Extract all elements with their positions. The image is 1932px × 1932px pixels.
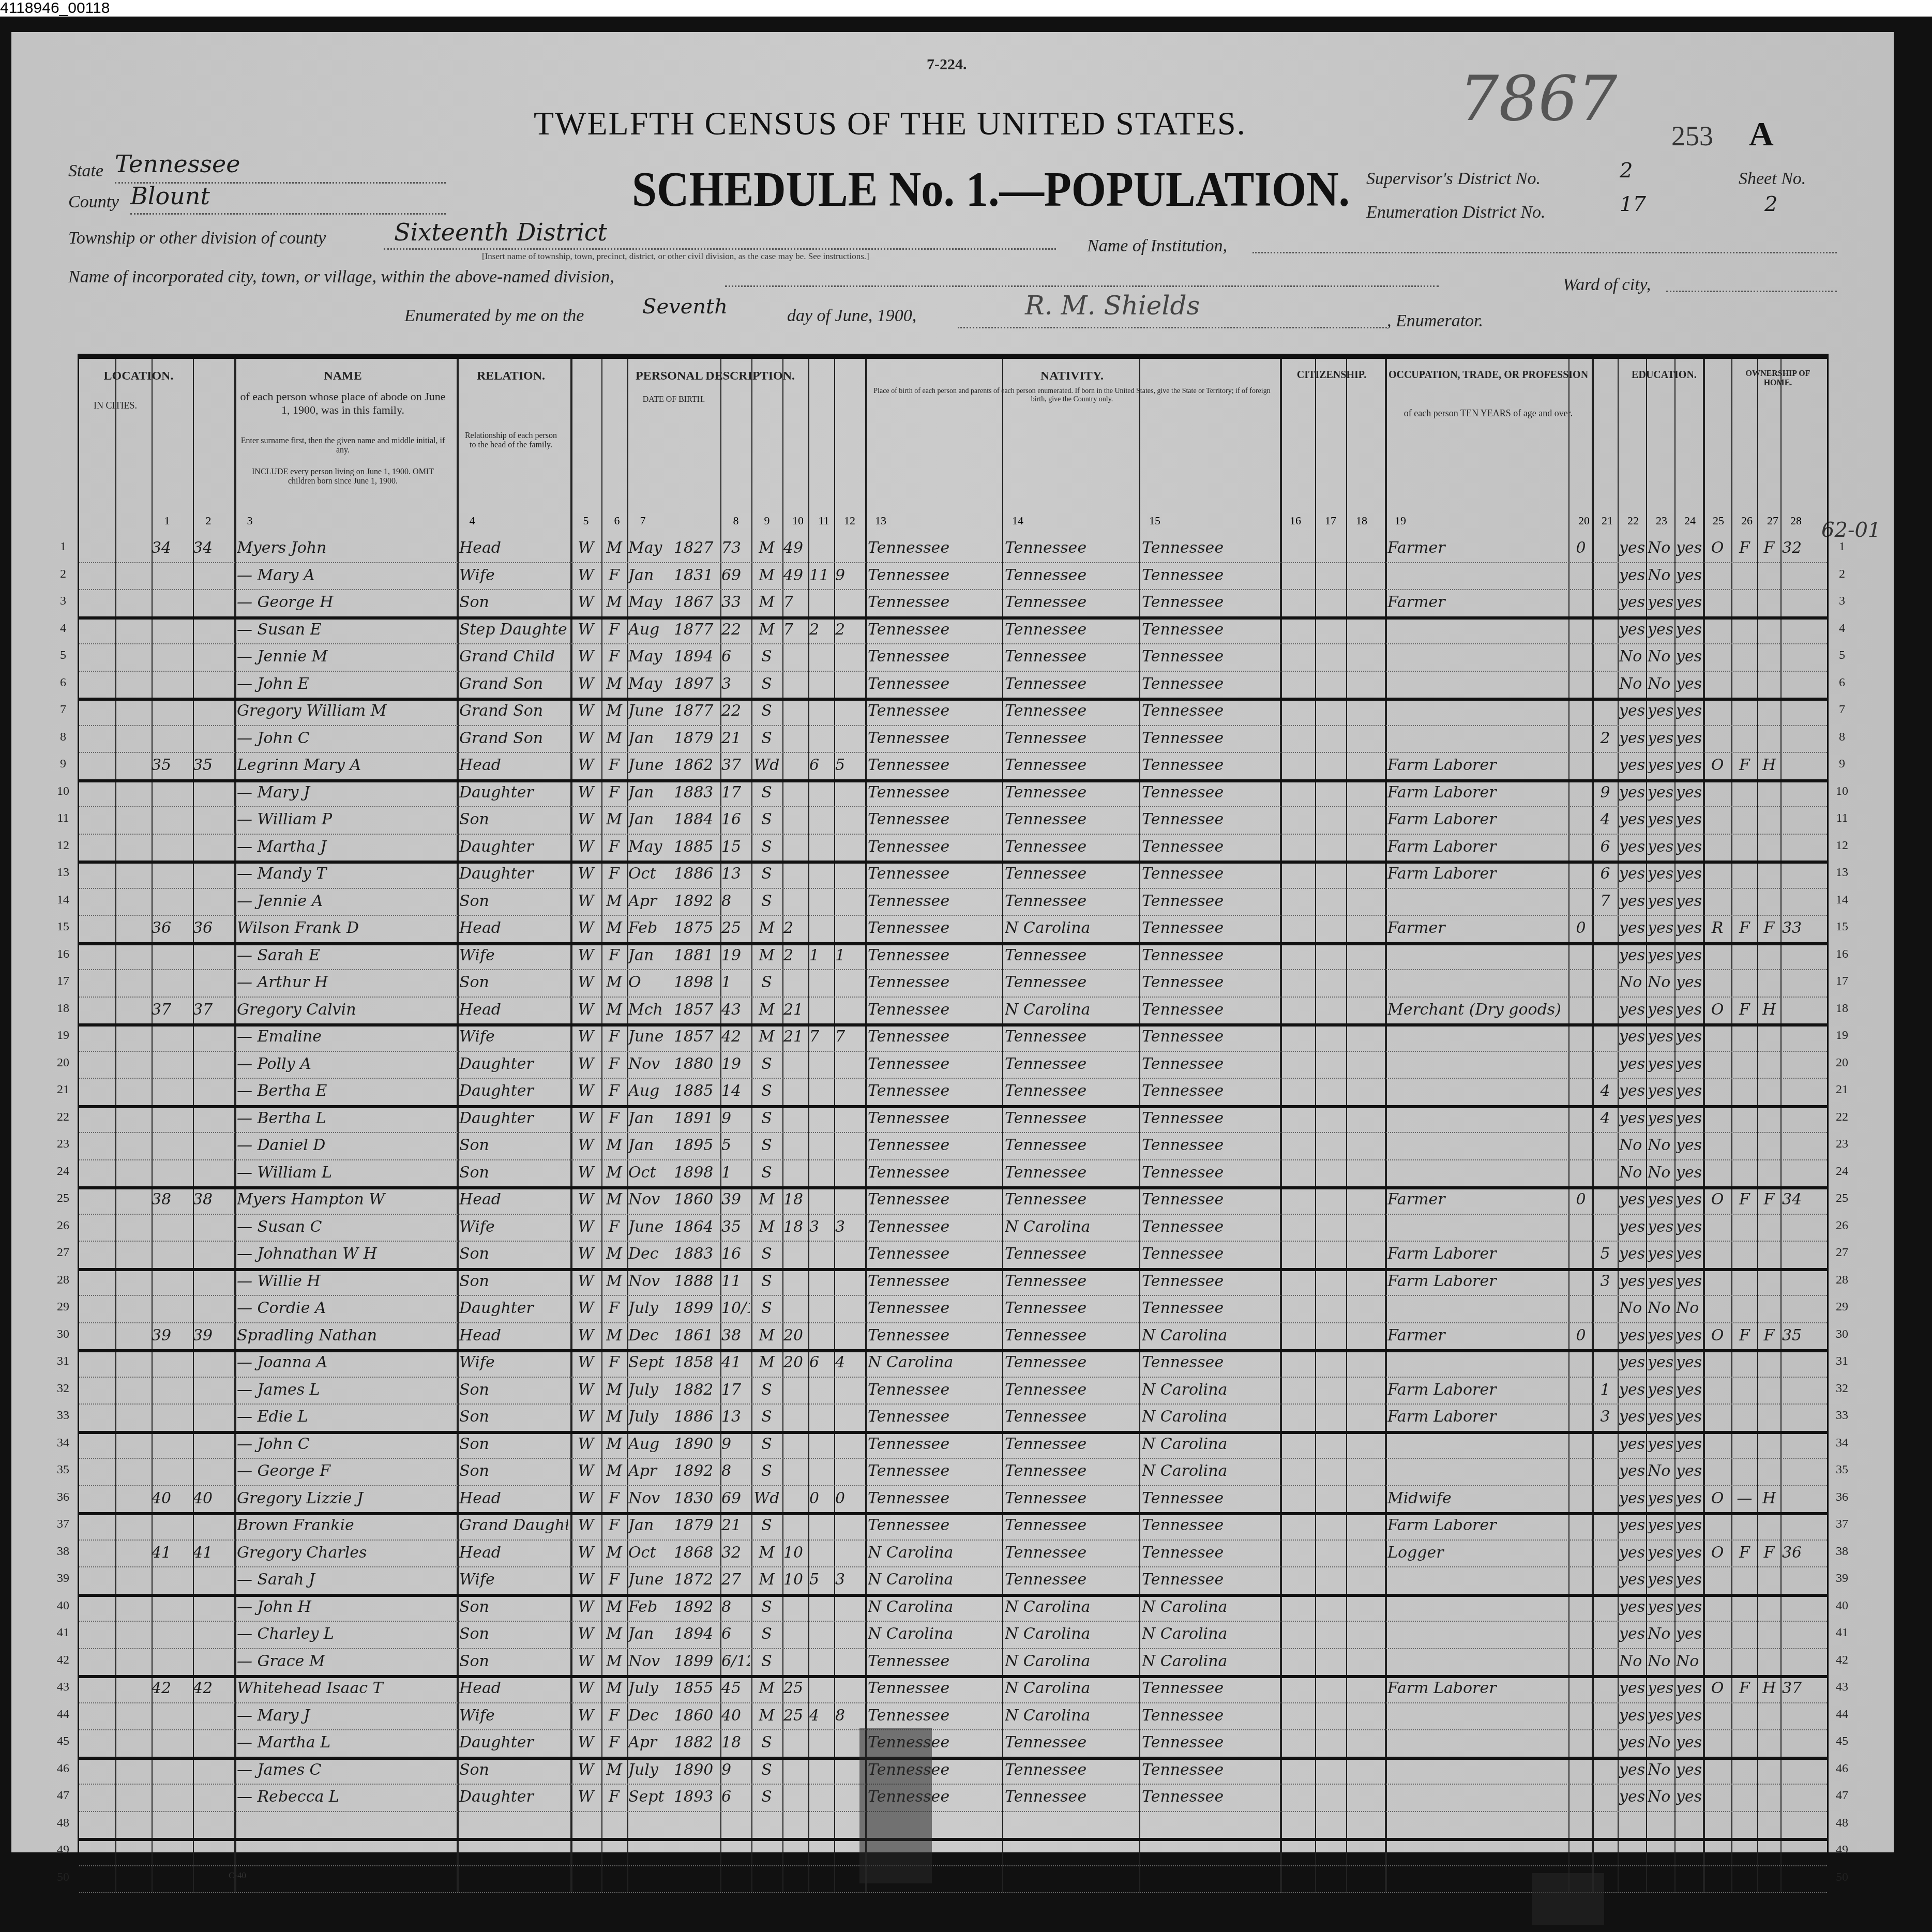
- cell-english: yes: [1676, 1245, 1703, 1263]
- cell-mother-birth: Tennessee: [1142, 702, 1276, 720]
- cell-birth: Tennessee: [868, 566, 1000, 584]
- cell-mother-birth: Tennessee: [1142, 946, 1276, 964]
- table-row: — George HSonWMMay186733M7TennesseeTenne…: [79, 589, 1827, 616]
- cell-relation: Wife: [459, 946, 568, 964]
- cell-english: yes: [1676, 593, 1703, 611]
- cell-mother-birth: Tennessee: [1142, 1299, 1276, 1317]
- cell-name: — John E: [237, 675, 454, 693]
- table-row: — Mandy TDaughterWFOct188613STennesseeTe…: [79, 861, 1827, 888]
- cell-relation: Wife: [459, 1218, 568, 1236]
- cell-marital: M: [752, 946, 781, 964]
- row-number: 3: [53, 594, 73, 608]
- cell-mother-birth: Tennessee: [1142, 756, 1276, 774]
- cell-english: yes: [1676, 1679, 1703, 1697]
- cell-mother-birth: Tennessee: [1142, 647, 1276, 666]
- cell-name: — Daniel D: [237, 1136, 454, 1154]
- cell-mother-birth: Tennessee: [1142, 621, 1276, 639]
- cell-age: 3: [721, 675, 750, 693]
- cell-english: yes: [1676, 729, 1703, 747]
- cell-age: 15: [721, 838, 750, 856]
- cell-color: W: [573, 1109, 599, 1127]
- cell-month: Mch: [628, 1001, 672, 1019]
- cell-month: June: [628, 1028, 672, 1046]
- township-instruction: [Insert name of township, town, precinct…: [482, 251, 869, 262]
- cell-read: yes: [1619, 783, 1646, 802]
- cell-mother-birth: Tennessee: [1142, 1164, 1276, 1182]
- cell-marital: M: [752, 539, 781, 557]
- cell-farm: H: [1759, 1489, 1779, 1507]
- cell-birth: Tennessee: [868, 1408, 1000, 1426]
- cell-yrs-married: 2: [783, 946, 807, 964]
- cell-sex: F: [602, 1489, 626, 1507]
- cell-color: W: [573, 1190, 599, 1209]
- row-number: 21: [1832, 1083, 1852, 1097]
- row-number: 8: [53, 730, 73, 744]
- cell-english: yes: [1676, 1055, 1703, 1073]
- cell-write: No: [1648, 1299, 1674, 1317]
- cell-free: F: [1733, 756, 1756, 774]
- cell-english: yes: [1676, 1462, 1703, 1480]
- cell-owned: O: [1704, 1001, 1730, 1019]
- column-number: 15: [1139, 514, 1170, 527]
- cell-relation: Son: [459, 1435, 568, 1453]
- cell-sex: M: [602, 919, 626, 937]
- cell-occupation: Farm Laborer: [1387, 1381, 1566, 1399]
- cell-age: 16: [721, 810, 750, 828]
- cell-living: 7: [835, 1028, 864, 1046]
- cell-sex: F: [602, 838, 626, 856]
- cell-month: Feb: [628, 919, 672, 937]
- cell-name: — James C: [237, 1761, 454, 1779]
- cell-sex: M: [602, 1245, 626, 1263]
- cell-read: yes: [1619, 1245, 1646, 1263]
- cell-english: yes: [1676, 1028, 1703, 1046]
- cell-birth: Tennessee: [868, 783, 1000, 802]
- cell-occupation: Farm Laborer: [1387, 756, 1566, 774]
- cell-sex: F: [602, 946, 626, 964]
- cell-mother-birth: Tennessee: [1142, 566, 1276, 584]
- institution-underline: [1252, 252, 1837, 253]
- cell-color: W: [573, 1353, 599, 1371]
- cell-write: yes: [1648, 1598, 1674, 1616]
- cell-name: — Mary J: [237, 1707, 454, 1725]
- cell-age: 40: [721, 1707, 750, 1725]
- cell-age: 19: [721, 1055, 750, 1073]
- table-row: Gregory William MGrand SonWMJune187722ST…: [79, 698, 1827, 725]
- row-number: 33: [53, 1409, 73, 1423]
- cell-write: yes: [1648, 1544, 1674, 1562]
- cell-name: — Sarah E: [237, 946, 454, 964]
- cell-father-birth: Tennessee: [1005, 1326, 1137, 1345]
- cell-english: yes: [1676, 1707, 1703, 1725]
- cell-children: 6: [809, 756, 833, 774]
- row-number: 4: [53, 622, 73, 636]
- cell-year: 1830: [674, 1489, 718, 1507]
- cell-father-birth: Tennessee: [1005, 729, 1137, 747]
- cell-birth: Tennessee: [868, 892, 1000, 910]
- cell-write: yes: [1648, 1571, 1674, 1589]
- row-number: 44: [53, 1708, 73, 1722]
- column-number: 23: [1646, 514, 1677, 527]
- cell-sex: M: [602, 1164, 626, 1182]
- cell-yrs-married: 49: [783, 566, 807, 584]
- row-number: 46: [53, 1762, 73, 1776]
- cell-name: Spradling Nathan: [237, 1326, 454, 1345]
- cell-name: — William P: [237, 810, 454, 828]
- cell-birth: Tennessee: [868, 1489, 1000, 1507]
- column-number: 28: [1780, 514, 1812, 527]
- row-number: 16: [1832, 947, 1852, 961]
- cell-english: yes: [1676, 1408, 1703, 1426]
- table-row: — William LSonWMOct18981STennesseeTennes…: [79, 1159, 1827, 1187]
- township-label: Township or other division of county: [68, 229, 326, 248]
- cell-english: yes: [1676, 539, 1703, 557]
- enumerator-underline: [958, 327, 1387, 328]
- cell-family: 35: [193, 756, 234, 774]
- cell-marital: S: [752, 1109, 781, 1127]
- row-number: 31: [1832, 1354, 1852, 1368]
- cell-school: 2: [1594, 729, 1616, 747]
- cell-mother-birth: N Carolina: [1142, 1598, 1276, 1616]
- cell-read: yes: [1619, 810, 1646, 828]
- cell-age: 21: [721, 1516, 750, 1534]
- cell-owned: O: [1704, 1326, 1730, 1345]
- row-number: 43: [1832, 1680, 1852, 1694]
- cell-color: W: [573, 1245, 599, 1263]
- cell-english: yes: [1676, 892, 1703, 910]
- cell-father-birth: Tennessee: [1005, 865, 1137, 883]
- cell-mother-birth: Tennessee: [1142, 593, 1276, 611]
- table-row: 4040Gregory Lizzie JHeadWFNov183069Wd00T…: [79, 1485, 1827, 1513]
- cell-birth: Tennessee: [868, 1272, 1000, 1290]
- cell-age: 45: [721, 1679, 750, 1697]
- cell-write: yes: [1648, 1082, 1674, 1100]
- location-header: LOCATION.: [89, 369, 188, 383]
- cell-birth: Tennessee: [868, 756, 1000, 774]
- cell-read: yes: [1619, 1516, 1646, 1534]
- cell-write: yes: [1648, 1245, 1674, 1263]
- cell-father-birth: Tennessee: [1005, 1190, 1137, 1209]
- cell-living: 4: [835, 1353, 864, 1371]
- cell-yrs-married: 7: [783, 621, 807, 639]
- cell-name: — Martha L: [237, 1733, 454, 1752]
- cell-father-birth: Tennessee: [1005, 810, 1137, 828]
- cell-english: yes: [1676, 919, 1703, 937]
- cell-months-unemployed: 0: [1571, 1326, 1591, 1345]
- cell-marital: M: [752, 1544, 781, 1562]
- cell-marital: M: [752, 1190, 781, 1209]
- cell-free: F: [1733, 1679, 1756, 1697]
- cell-write: yes: [1648, 593, 1674, 611]
- cell-birth: Tennessee: [868, 1381, 1000, 1399]
- cell-mother-birth: Tennessee: [1142, 783, 1276, 802]
- table-row: [79, 1838, 1827, 1865]
- cell-relation: Daughter: [459, 865, 568, 883]
- cell-birth: Tennessee: [868, 1245, 1000, 1263]
- cell-schedule: 32: [1782, 539, 1804, 557]
- cell-read: yes: [1619, 1707, 1646, 1725]
- cell-father-birth: Tennessee: [1005, 838, 1137, 856]
- cell-age: 9: [721, 1761, 750, 1779]
- cell-age: 32: [721, 1544, 750, 1562]
- cell-father-birth: Tennessee: [1005, 566, 1137, 584]
- table-row: — Edie LSonWMJuly188613STennesseeTenness…: [79, 1403, 1827, 1431]
- cell-dwelling: 42: [152, 1679, 193, 1697]
- cell-year: 1899: [674, 1652, 718, 1670]
- cell-english: yes: [1676, 1598, 1703, 1616]
- cell-school: 7: [1594, 892, 1616, 910]
- cell-month: Jan: [628, 1109, 672, 1127]
- cell-family: 37: [193, 1001, 234, 1019]
- page-number: 253: [1671, 120, 1713, 152]
- cell-write: No: [1648, 1625, 1674, 1643]
- cell-relation: Daughter: [459, 838, 568, 856]
- cell-relation: Daughter: [459, 1109, 568, 1127]
- cell-schedule: 34: [1782, 1190, 1804, 1209]
- row-number: 1: [1832, 540, 1852, 554]
- table-row: — John EGrand SonWMMay18973STennesseeTen…: [79, 671, 1827, 698]
- table-row: — John CSonWMAug18909STennesseeTennessee…: [79, 1431, 1827, 1458]
- table-row: — Daniel DSonWMJan18955STennesseeTenness…: [79, 1132, 1827, 1159]
- table-row: 3737Gregory CalvinHeadWMMch185743M21Tenn…: [79, 997, 1827, 1024]
- cell-english: yes: [1676, 1353, 1703, 1371]
- table-row: — Bertha LDaughterWFJan18919STennesseeTe…: [79, 1105, 1827, 1133]
- cell-owned: R: [1704, 919, 1730, 937]
- cell-english: yes: [1676, 647, 1703, 666]
- cell-relation: Head: [459, 539, 568, 557]
- cell-father-birth: Tennessee: [1005, 1136, 1137, 1154]
- cell-name: — Susan C: [237, 1218, 454, 1236]
- cell-english: yes: [1676, 1489, 1703, 1507]
- cell-write: yes: [1648, 838, 1674, 856]
- census-sheet: 7-224. TWELFTH CENSUS OF THE UNITED STAT…: [11, 32, 1894, 1852]
- cell-occupation: Midwife: [1387, 1489, 1566, 1507]
- cell-age: 6: [721, 1625, 750, 1643]
- row-number: 3: [1832, 594, 1852, 608]
- supervisor-district-value: 2: [1620, 159, 1633, 183]
- cell-english: yes: [1676, 810, 1703, 828]
- cell-write: yes: [1648, 1055, 1674, 1073]
- cell-year: 1864: [674, 1218, 718, 1236]
- table-row: — Sarah JWifeWFJune187227M1053N Carolina…: [79, 1566, 1827, 1594]
- row-number: 23: [1832, 1137, 1852, 1151]
- table-row: 3636Wilson Frank DHeadWMFeb187525M2Tenne…: [79, 915, 1827, 942]
- table-row: 3838Myers Hampton WHeadWMNov186039M18Ten…: [79, 1186, 1827, 1214]
- cell-month: Dec: [628, 1707, 672, 1725]
- cell-year: 1855: [674, 1679, 718, 1697]
- cell-birth: Tennessee: [868, 1001, 1000, 1019]
- column-number: 24: [1674, 514, 1705, 527]
- cell-color: W: [573, 1489, 599, 1507]
- table-row: — Johnathan W HSonWMDec188316STennesseeT…: [79, 1241, 1827, 1268]
- cell-marital: S: [752, 1381, 781, 1399]
- cell-month: Feb: [628, 1598, 672, 1616]
- cell-age: 27: [721, 1571, 750, 1589]
- cell-marital: M: [752, 1218, 781, 1236]
- cell-children: 2: [809, 621, 833, 639]
- cell-read: yes: [1619, 1109, 1646, 1127]
- ward-underline: [1666, 291, 1837, 292]
- cell-birth: Tennessee: [868, 865, 1000, 883]
- cell-father-birth: N Carolina: [1005, 1001, 1137, 1019]
- row-number: 18: [53, 1002, 73, 1016]
- cell-birth: Tennessee: [868, 1109, 1000, 1127]
- cell-marital: S: [752, 675, 781, 693]
- cell-read: yes: [1619, 1408, 1646, 1426]
- cell-mother-birth: Tennessee: [1142, 1001, 1276, 1019]
- cell-month: Dec: [628, 1326, 672, 1345]
- cell-color: W: [573, 810, 599, 828]
- cell-color: W: [573, 1218, 599, 1236]
- cell-months-unemployed: 0: [1571, 539, 1591, 557]
- row-number: 38: [1832, 1545, 1852, 1559]
- cell-month: May: [628, 675, 672, 693]
- cell-month: Sept: [628, 1353, 672, 1371]
- cell-read: yes: [1619, 1462, 1646, 1480]
- row-number: 13: [53, 866, 73, 880]
- cell-dwelling: 36: [152, 919, 193, 937]
- row-number: 47: [53, 1789, 73, 1803]
- cell-write: yes: [1648, 1326, 1674, 1345]
- cell-read: yes: [1619, 1489, 1646, 1507]
- cell-mother-birth: Tennessee: [1142, 1082, 1276, 1100]
- cell-year: 1895: [674, 1136, 718, 1154]
- cell-color: W: [573, 566, 599, 584]
- name-description: of each person whose place of abode on J…: [239, 390, 446, 417]
- cell-color: W: [573, 1571, 599, 1589]
- cell-color: W: [573, 1707, 599, 1725]
- cell-write: yes: [1648, 1109, 1674, 1127]
- cell-father-birth: N Carolina: [1005, 1679, 1137, 1697]
- cell-relation: Head: [459, 1326, 568, 1345]
- row-number: 48: [53, 1816, 73, 1830]
- row-number: 25: [53, 1191, 73, 1205]
- cell-marital: S: [752, 1055, 781, 1073]
- cell-birth: Tennessee: [868, 1435, 1000, 1453]
- row-number: 46: [1832, 1762, 1852, 1776]
- cell-family: 40: [193, 1489, 234, 1507]
- cell-read: yes: [1619, 1598, 1646, 1616]
- cell-birth: Tennessee: [868, 702, 1000, 720]
- cell-age: 37: [721, 756, 750, 774]
- cell-write: No: [1648, 1788, 1674, 1806]
- cell-write: yes: [1648, 1489, 1674, 1507]
- cell-name: — John C: [237, 729, 454, 747]
- cell-free: F: [1733, 919, 1756, 937]
- cell-marital: S: [752, 1652, 781, 1670]
- cell-year: 1891: [674, 1109, 718, 1127]
- row-number: 29: [1832, 1300, 1852, 1314]
- cell-sex: M: [602, 1326, 626, 1345]
- cell-living: 3: [835, 1571, 864, 1589]
- row-number: 8: [1832, 730, 1852, 744]
- cell-birth: Tennessee: [868, 1055, 1000, 1073]
- cell-age: 5: [721, 1136, 750, 1154]
- cell-school: 6: [1594, 838, 1616, 856]
- cell-mother-birth: Tennessee: [1142, 1028, 1276, 1046]
- cell-living: 1: [835, 946, 864, 964]
- cell-year: 1890: [674, 1435, 718, 1453]
- cell-year: 1883: [674, 783, 718, 802]
- cell-age: 16: [721, 1245, 750, 1263]
- cell-relation: Son: [459, 1761, 568, 1779]
- cell-year: 1897: [674, 675, 718, 693]
- cell-english: yes: [1676, 1516, 1703, 1534]
- cell-relation: Daughter: [459, 1299, 568, 1317]
- cell-relation: Head: [459, 1679, 568, 1697]
- cell-family: 41: [193, 1544, 234, 1562]
- cell-relation: Son: [459, 593, 568, 611]
- cell-age: 13: [721, 1408, 750, 1426]
- cell-schedule: 36: [1782, 1544, 1804, 1562]
- cell-color: W: [573, 865, 599, 883]
- row-number: 17: [1832, 974, 1852, 988]
- cell-occupation: Farm Laborer: [1387, 865, 1566, 883]
- cell-name: — Edie L: [237, 1408, 454, 1426]
- cell-children: 3: [809, 1218, 833, 1236]
- cell-family: 36: [193, 919, 234, 937]
- cell-birth: Tennessee: [868, 1299, 1000, 1317]
- cell-marital: M: [752, 1028, 781, 1046]
- cell-children: 5: [809, 1571, 833, 1589]
- cell-father-birth: Tennessee: [1005, 1761, 1137, 1779]
- cell-write: yes: [1648, 1190, 1674, 1209]
- cell-name: Gregory Charles: [237, 1544, 454, 1562]
- cell-mother-birth: Tennessee: [1142, 1190, 1276, 1209]
- cell-father-birth: Tennessee: [1005, 621, 1137, 639]
- cell-mother-birth: N Carolina: [1142, 1625, 1276, 1643]
- cell-month: July: [628, 1381, 672, 1399]
- table-row: — Charley LSonWMJan18946SN CarolinaN Car…: [79, 1621, 1827, 1648]
- cell-relation: Head: [459, 1544, 568, 1562]
- cell-mother-birth: Tennessee: [1142, 973, 1276, 991]
- cell-birth: Tennessee: [868, 1028, 1000, 1046]
- cell-free: F: [1733, 539, 1756, 557]
- table-row: 4242Whitehead Isaac THeadWMJuly185545M25…: [79, 1675, 1827, 1702]
- cell-family: 39: [193, 1326, 234, 1345]
- cell-father-birth: N Carolina: [1005, 1707, 1137, 1725]
- cell-read: yes: [1619, 1218, 1646, 1236]
- cell-birth: N Carolina: [868, 1598, 1000, 1616]
- cell-yrs-married: 25: [783, 1679, 807, 1697]
- cell-farm: F: [1759, 919, 1779, 937]
- cell-marital: S: [752, 810, 781, 828]
- cell-birth: Tennessee: [868, 1707, 1000, 1725]
- cell-month: Apr: [628, 1462, 672, 1480]
- cell-age: 1: [721, 1164, 750, 1182]
- cell-birth: N Carolina: [868, 1544, 1000, 1562]
- row-number: 10: [1832, 784, 1852, 798]
- cell-marital: Wd: [752, 1489, 781, 1507]
- cell-age: 13: [721, 865, 750, 883]
- cell-read: yes: [1619, 729, 1646, 747]
- cell-name: — Mary A: [237, 566, 454, 584]
- cell-mother-birth: Tennessee: [1142, 810, 1276, 828]
- cell-marital: M: [752, 919, 781, 937]
- cell-write: yes: [1648, 919, 1674, 937]
- cell-schedule: 35: [1782, 1326, 1804, 1345]
- cell-english: yes: [1676, 702, 1703, 720]
- row-number: 19: [53, 1029, 73, 1043]
- cell-read: yes: [1619, 566, 1646, 584]
- cell-occupation: Farm Laborer: [1387, 810, 1566, 828]
- cell-age: 22: [721, 702, 750, 720]
- cell-marital: S: [752, 1245, 781, 1263]
- row-number: 17: [53, 974, 73, 988]
- cell-free: F: [1733, 1001, 1756, 1019]
- table-row: — Martha LDaughterWFApr188218STennesseeT…: [79, 1729, 1827, 1757]
- cell-marital: M: [752, 593, 781, 611]
